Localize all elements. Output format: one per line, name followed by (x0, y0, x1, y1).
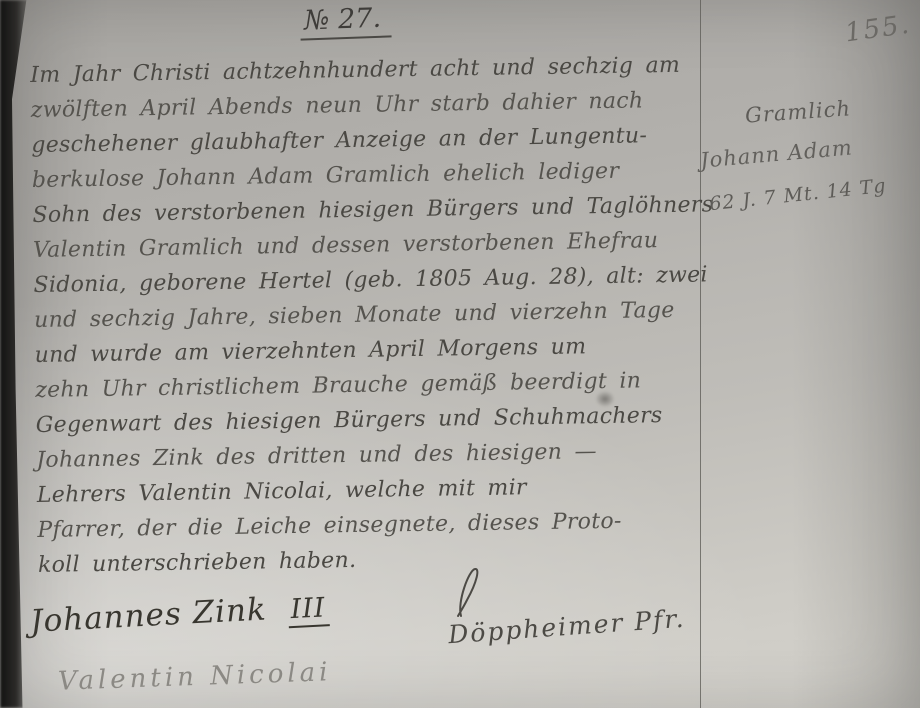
margin-age: 62 J. 7 Mt. 14 Tg (708, 175, 887, 215)
margin-given-names: Johann Adam (699, 135, 853, 172)
signature-witness-zink: Johannes Zink III (29, 588, 329, 640)
folio-number: 155. (843, 10, 912, 49)
signature-witness-zink-suffix: III (287, 592, 330, 628)
book-gutter-shadow (0, 0, 30, 708)
margin-surname: Gramlich (744, 96, 851, 127)
entry-number: № 27. (299, 2, 391, 40)
register-page-scan: № 27. 155. Im Jahr Christi achtzehnhunde… (0, 0, 920, 708)
signature-witness-zink-name: Johannes Zink (29, 591, 267, 639)
signature-witness-nicolai: Valentin Nicolai (58, 657, 332, 697)
signature-flourish-icon (455, 566, 501, 622)
record-body-text: Im Jahr Christi achtzehnhundert acht und… (30, 47, 714, 583)
